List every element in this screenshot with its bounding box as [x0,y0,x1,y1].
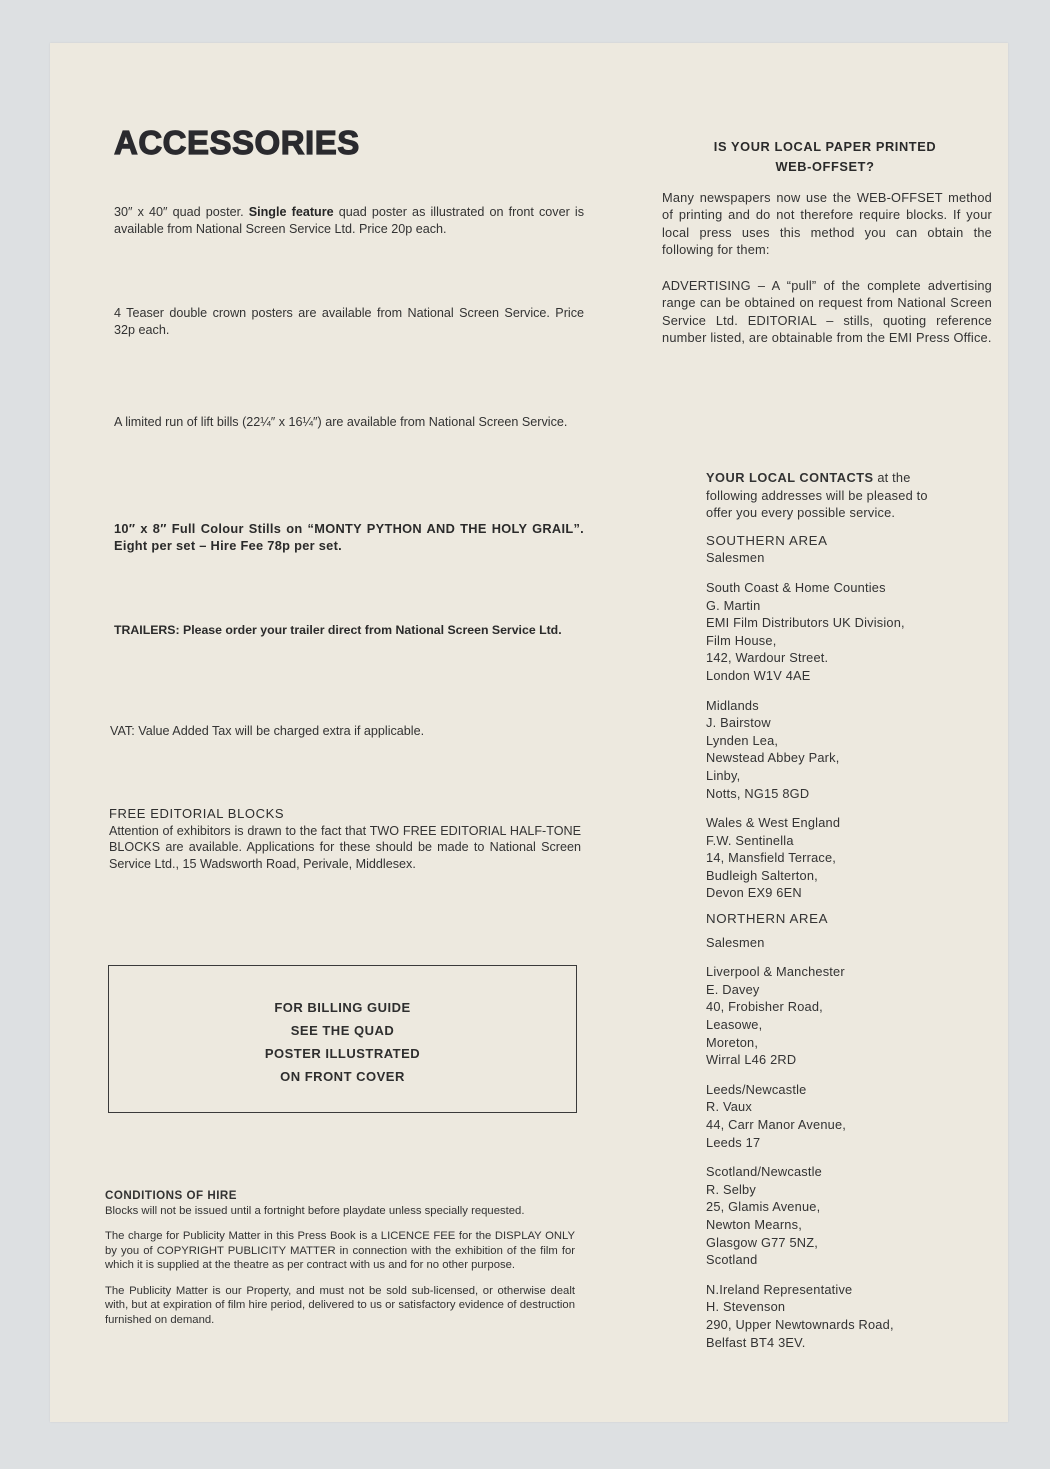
contact-address-line: 14, Mansfield Terrace, [706,849,946,867]
contact-address-line: Leeds 17 [706,1134,946,1152]
contact-name: F.W. Sentinella [706,832,946,850]
contact-address-line: Devon EX9 6EN [706,884,946,902]
contact-address-line: Belfast BT4 3EV. [706,1334,946,1352]
contact-name: R. Selby [706,1181,946,1199]
contact-block: Wales & West EnglandF.W. Sentinella14, M… [706,814,946,902]
conditions-paragraph: The Publicity Matter is our Property, an… [105,1284,575,1328]
contact-block: South Coast & Home CountiesG. MartinEMI … [706,579,946,685]
northern-area-sub: Salesmen [706,934,946,952]
web-offset-heading-line: IS YOUR LOCAL PAPER PRINTED [690,137,960,157]
teaser-posters-text: 4 Teaser double crown posters are availa… [114,305,584,338]
conditions-paragraph: Blocks will not be issued until a fortni… [105,1204,575,1219]
contact-address-line: Film House, [706,632,946,650]
contact-block: MidlandsJ. BairstowLynden Lea,Newstead A… [706,697,946,803]
contact-address-line: EMI Film Distributors UK Division, [706,614,946,632]
contact-name: H. Stevenson [706,1298,946,1316]
northern-contacts-list: Liverpool & ManchesterE. Davey40, Frobis… [706,951,946,1351]
contact-address-line: Leasowe, [706,1016,946,1034]
contact-address-line: 44, Carr Manor Avenue, [706,1116,946,1134]
contact-address-line: 290, Upper Newtownards Road, [706,1316,946,1334]
contact-region: N.Ireland Representative [706,1281,946,1299]
billing-line: POSTER ILLUSTRATED [109,1042,576,1065]
free-blocks-heading: FREE EDITORIAL BLOCKS [109,806,581,823]
web-offset-heading-line: WEB-OFFSET? [690,157,960,177]
trailers-text: TRAILERS: Please order your trailer dire… [114,622,584,639]
contact-name: G. Martin [706,597,946,615]
contact-address-line: Glasgow G77 5NZ, [706,1234,946,1252]
local-contacts: YOUR LOCAL CONTACTS at the following add… [706,469,946,1351]
contact-address-line: Wirral L46 2RD [706,1051,946,1069]
conditions-heading: CONDITIONS OF HIRE [105,1189,575,1204]
contact-address-line: Notts, NG15 8GD [706,785,946,803]
contact-region: Liverpool & Manchester [706,963,946,981]
contact-address-line: Newton Mearns, [706,1216,946,1234]
colour-stills-text: 10″ x 8″ Full Colour Stills on “MONTY PY… [114,521,584,554]
contact-address-line: Moreton, [706,1034,946,1052]
contact-block: Leeds/NewcastleR. Vaux44, Carr Manor Ave… [706,1081,946,1151]
free-editorial-blocks: FREE EDITORIAL BLOCKS Attention of exhib… [109,806,581,872]
contact-address-line: Newstead Abbey Park, [706,749,946,767]
contact-address-line: Lynden Lea, [706,732,946,750]
vat-text: VAT: Value Added Tax will be charged ext… [110,723,590,740]
contact-block: Scotland/NewcastleR. Selby25, Glamis Ave… [706,1163,946,1269]
billing-line: ON FRONT COVER [109,1065,576,1088]
contact-address-line: Budleigh Salterton, [706,867,946,885]
advertising-paragraph: ADVERTISING – A “pull” of the complete a… [662,277,992,346]
contact-region: Scotland/Newcastle [706,1163,946,1181]
southern-contacts-list: South Coast & Home CountiesG. MartinEMI … [706,567,946,902]
contact-address-line: Linby, [706,767,946,785]
quad-poster-text: 30″ x 40″ quad poster. Single feature qu… [114,204,584,237]
contact-address-line: 25, Glamis Avenue, [706,1198,946,1216]
conditions-paragraph: The charge for Publicity Matter in this … [105,1229,575,1273]
contact-name: J. Bairstow [706,714,946,732]
billing-line: FOR BILLING GUIDE [109,996,576,1019]
contacts-intro: YOUR LOCAL CONTACTS at the following add… [706,469,946,522]
conditions-of-hire: CONDITIONS OF HIRE Blocks will not be is… [105,1189,575,1327]
free-blocks-body: Attention of exhibitors is drawn to the … [109,823,581,873]
quad-poster-bold: Single feature [249,205,334,219]
contact-block: Liverpool & ManchesterE. Davey40, Frobis… [706,963,946,1069]
contact-region: South Coast & Home Counties [706,579,946,597]
contact-address-line: 142, Wardour Street. [706,649,946,667]
northern-area-heading: NORTHERN AREA [706,910,946,928]
contact-name: R. Vaux [706,1098,946,1116]
contact-region: Wales & West England [706,814,946,832]
page-title: ACCESSORIES [114,124,360,162]
contact-name: E. Davey [706,981,946,999]
contact-address-line: Scotland [706,1251,946,1269]
contact-block: N.Ireland RepresentativeH. Stevenson290,… [706,1281,946,1351]
lift-bills-text: A limited run of lift bills (22¼″ x 16¼″… [114,414,584,431]
quad-poster-lead: 30″ x 40″ quad poster. [114,205,244,219]
billing-line: SEE THE QUAD [109,1019,576,1042]
web-offset-heading: IS YOUR LOCAL PAPER PRINTED WEB-OFFSET? [690,137,960,177]
web-offset-paragraph: Many newspapers now use the WEB-OFFSET m… [662,189,992,258]
contact-address-line: London W1V 4AE [706,667,946,685]
contact-region: Midlands [706,697,946,715]
contact-address-line: 40, Frobisher Road, [706,998,946,1016]
billing-guide-box: FOR BILLING GUIDE SEE THE QUAD POSTER IL… [108,965,577,1113]
southern-area-sub: Salesmen [706,549,946,567]
contacts-intro-bold: YOUR LOCAL CONTACTS [706,470,874,485]
contact-region: Leeds/Newcastle [706,1081,946,1099]
southern-area-heading: SOUTHERN AREA [706,532,946,550]
